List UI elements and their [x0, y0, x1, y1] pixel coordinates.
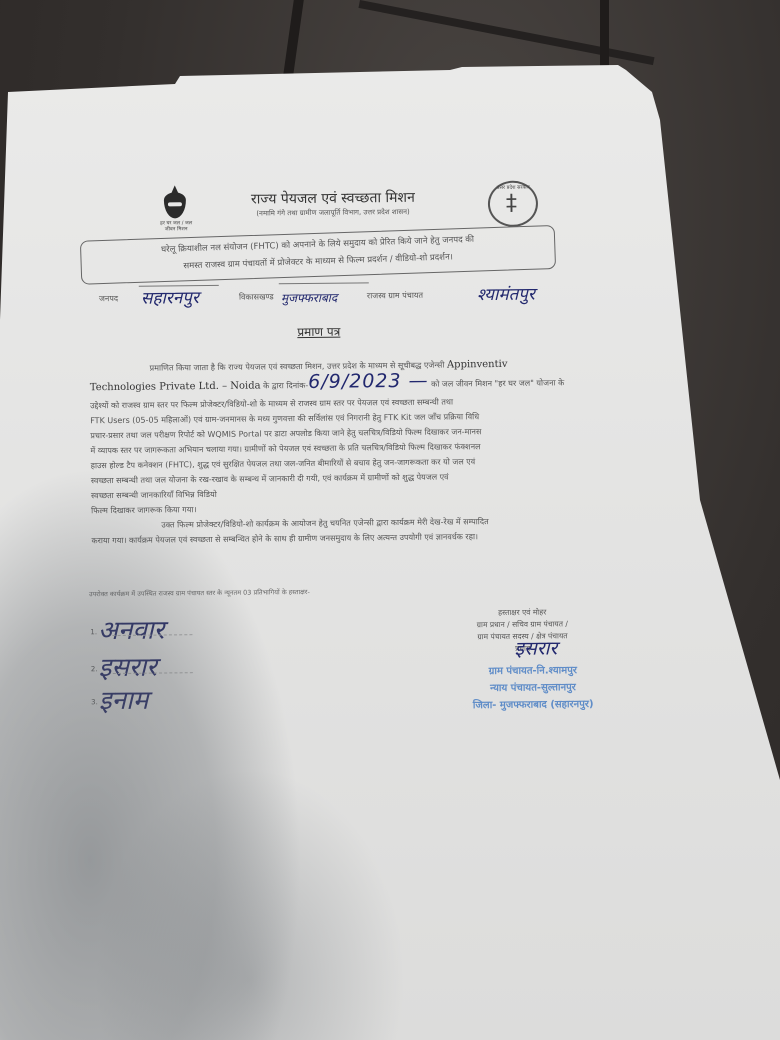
district-label: जनपद — [99, 293, 118, 304]
organization-title: राज्य पेयजल एवं स्वच्छता मिशन — [223, 188, 443, 209]
district-value: सहारनपुर — [141, 285, 199, 309]
handwritten-date: 6/9/2023 — — [308, 370, 429, 393]
participant-signature: 1.अनवार — [90, 610, 164, 647]
water-drop-logo-icon: हर घर जल / जल जीवन मिशन — [156, 192, 196, 238]
gram-panchayat-label: राजस्व ग्राम पंचायत — [367, 290, 423, 302]
block-label: विकासखण्ड — [239, 291, 274, 302]
official-stamp: ग्राम पंचायत-नि.श्यामपुर न्याय पंचायत-सु… — [463, 662, 604, 714]
signatures-intro: उपरोक्त कार्यक्रम में उपस्थित राजस्व ग्र… — [89, 586, 409, 600]
logo-caption: हर घर जल / जल जीवन मिशन — [156, 220, 196, 232]
organization-subtitle: (नमामि गंगे तथा ग्रामीण जलापूर्ति विभाग,… — [213, 207, 453, 219]
up-government-emblem-icon: उत्तर प्रदेश सरकार — [488, 181, 538, 228]
gram-panchayat-value: श्यामंतपुर — [477, 282, 535, 306]
underline — [279, 282, 369, 284]
certificate-content: हर घर जल / जल जीवन मिशन राज्य पेयजल एवं … — [0, 0, 780, 1040]
program-banner: घरेलू क्रियाशील नल संयोजन (FHTC) को अपना… — [80, 225, 556, 285]
certificate-title: प्रमाण पत्र — [297, 323, 340, 340]
participant-signature: 3.इनाम — [91, 681, 149, 718]
block-value: मुजफ्फराबाद — [281, 289, 338, 307]
emblem-text: उत्तर प्रदेश सरकार — [497, 185, 530, 191]
pradhan-signature: इसरार — [514, 634, 557, 660]
participant-signature: 2.इसरार — [91, 648, 157, 685]
